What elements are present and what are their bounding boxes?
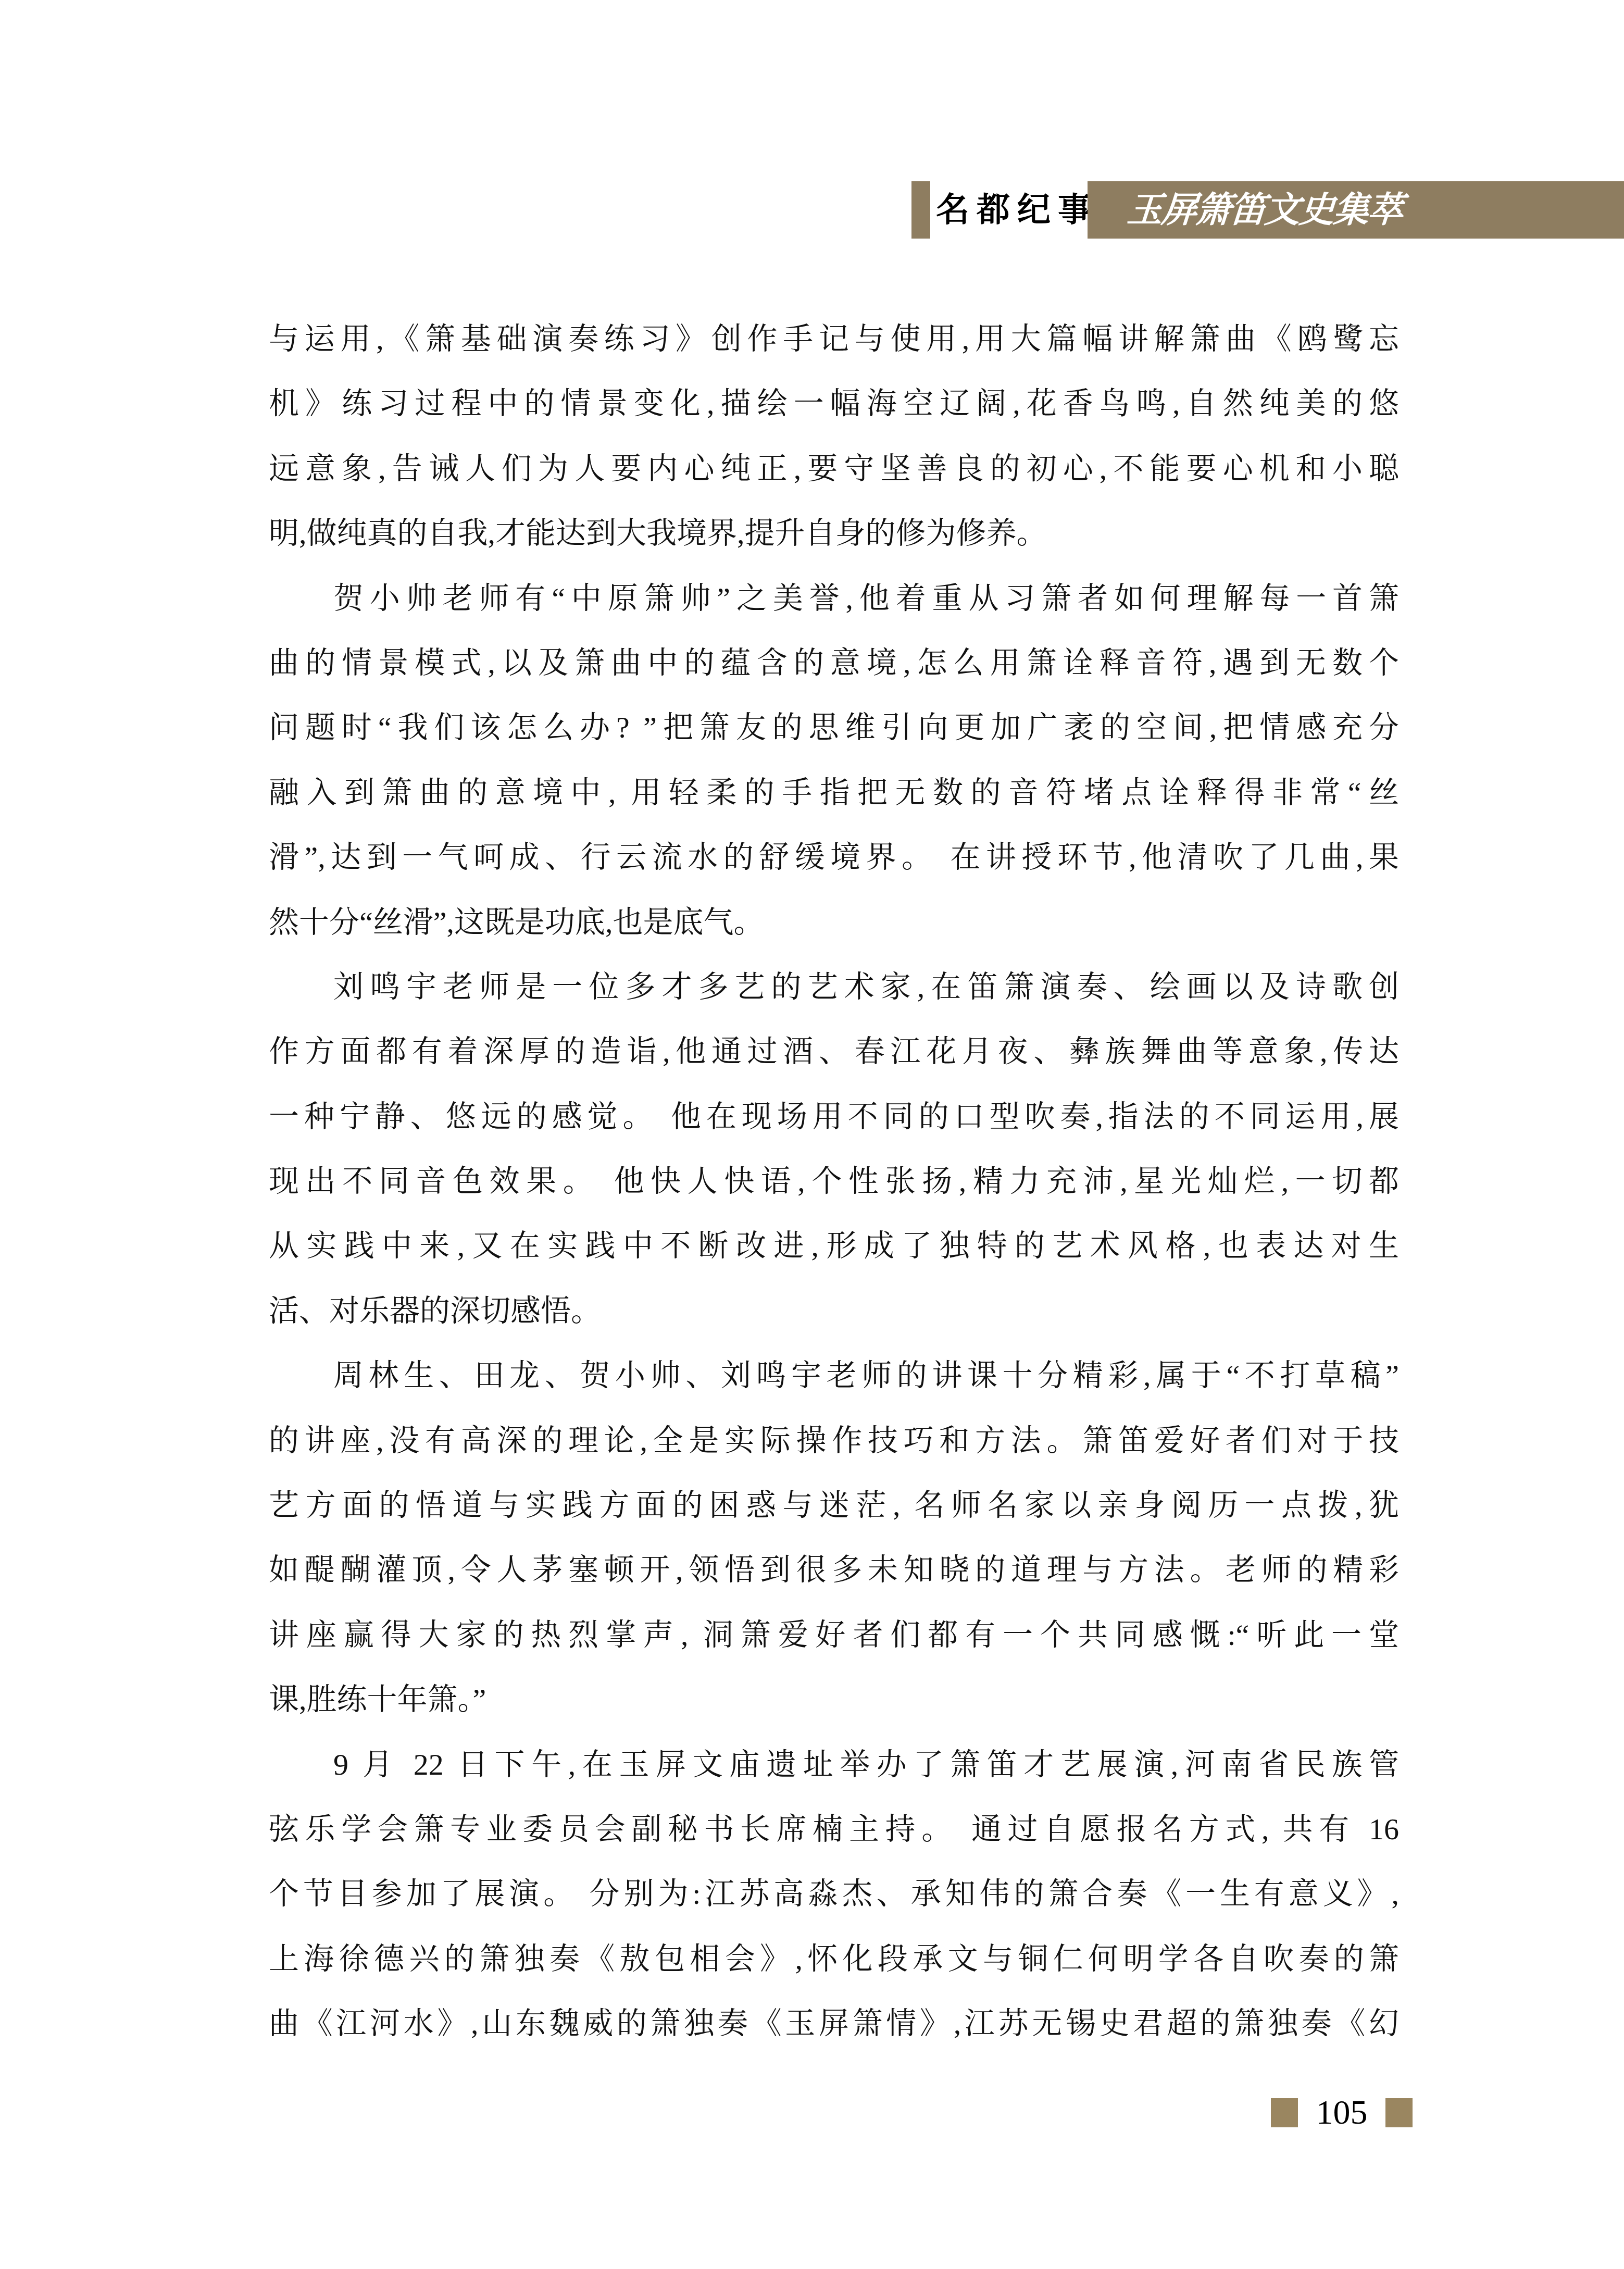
footer-ornament-square-left: [1271, 2098, 1298, 2127]
body-line: 课,胜练十年箫。”: [269, 1667, 1399, 1732]
body-line: 刘鸣宇老师是一位多才多艺的艺术家,在笛箫演奏、绘画以及诗歌创: [269, 955, 1399, 1019]
body-line: 曲的情景模式,以及箫曲中的蕴含的意境,怎么用箫诠释音符,遇到无数个: [269, 631, 1399, 695]
body-line: 9 月 22 日下午,在玉屏文庙遗址举办了箫笛才艺展演,河南省民族管: [269, 1732, 1399, 1797]
header-accent-bar: [911, 181, 930, 239]
section-title: 名都纪事: [936, 181, 1098, 239]
body-line: 贺小帅老师有“中原箫帅”之美誉,他着重从习箫者如何理解每一首箫: [269, 566, 1399, 631]
footer-ornament-square-right: [1385, 2098, 1413, 2127]
body-line: 问题时“我们该怎么办? ”把箫友的思维引向更加广袤的空间,把情感充分: [269, 695, 1399, 760]
body-line: 现出不同音色效果。 他快人快语,个性张扬,精力充沛,星光灿烂,一切都: [269, 1149, 1399, 1214]
body-line: 明,做纯真的自我,才能达到大我境界,提升自身的修为修养。: [269, 501, 1399, 566]
body-line: 讲座赢得大家的热烈掌声, 洞箫爱好者们都有一个共同感慨:“听此一堂: [269, 1603, 1399, 1667]
body-line: 然十分“丝滑”,这既是功底,也是底气。: [269, 890, 1399, 955]
book-page: { "colors": { "banner_tan": "#8e7d60", "…: [0, 0, 1624, 2269]
page-number: 105: [1302, 2091, 1381, 2135]
body-line: 上海徐德兴的箫独奏《敖包相会》,怀化段承文与铜仁何明学各自吹奏的箫: [269, 1927, 1399, 1991]
body-line: 个节目参加了展演。 分别为:江苏高淼杰、承知伟的箫合奏《一生有意义》,: [269, 1862, 1399, 1926]
body-line: 融入到箫曲的意境中, 用轻柔的手指把无数的音符堵点诠释得非常“丝: [269, 761, 1399, 825]
body-line: 机》练习过程中的情景变化,描绘一幅海空辽阔,花香鸟鸣,自然纯美的悠: [269, 371, 1399, 436]
body-line: 艺方面的悟道与实践方面的困惑与迷茫, 名师名家以亲身阅历一点拨,犹: [269, 1473, 1399, 1538]
page-body-text: 与运用,《箫基础演奏练习》创作手记与使用,用大篇幅讲解箫曲《鸥鹭忘 机》练习过程…: [269, 307, 1399, 2056]
body-line: 与运用,《箫基础演奏练习》创作手记与使用,用大篇幅讲解箫曲《鸥鹭忘: [269, 307, 1399, 371]
body-line: 从实践中来,又在实践中不断改进,形成了独特的艺术风格,也表达对生: [269, 1214, 1399, 1278]
body-line: 的讲座,没有高深的理论,全是实际操作技巧和方法。箫笛爱好者们对于技: [269, 1408, 1399, 1473]
body-line: 活、对乐器的深切感悟。: [269, 1279, 1399, 1343]
body-line: 如醍醐灌顶,令人茅塞顿开,领悟到很多未知晓的道理与方法。老师的精彩: [269, 1538, 1399, 1602]
body-line: 周林生、田龙、贺小帅、刘鸣宇老师的讲课十分精彩,属于“不打草稿”: [269, 1343, 1399, 1408]
header-banner: 玉屏箫笛文史集萃: [1088, 181, 1624, 239]
body-line: 滑”,达到一气呵成、行云流水的舒缓境界。 在讲授环节,他清吹了几曲,果: [269, 825, 1399, 890]
body-line: 一种宁静、悠远的感觉。 他在现场用不同的口型吹奏,指法的不同运用,展: [269, 1084, 1399, 1149]
body-line: 弦乐学会箫专业委员会副秘书长席楠主持。 通过自愿报名方式, 共有 16: [269, 1797, 1399, 1862]
banner-calligraphy-title: 玉屏箫笛文史集萃: [1125, 177, 1405, 243]
body-line: 作方面都有着深厚的造诣,他通过酒、春江花月夜、彝族舞曲等意象,传达: [269, 1019, 1399, 1084]
body-line: 曲《江河水》,山东魏威的箫独奏《玉屏箫情》,江苏无锡史君超的箫独奏《幻: [269, 1991, 1399, 2056]
body-line: 远意象,告诫人们为人要内心纯正,要守坚善良的初心,不能要心机和小聪: [269, 437, 1399, 501]
